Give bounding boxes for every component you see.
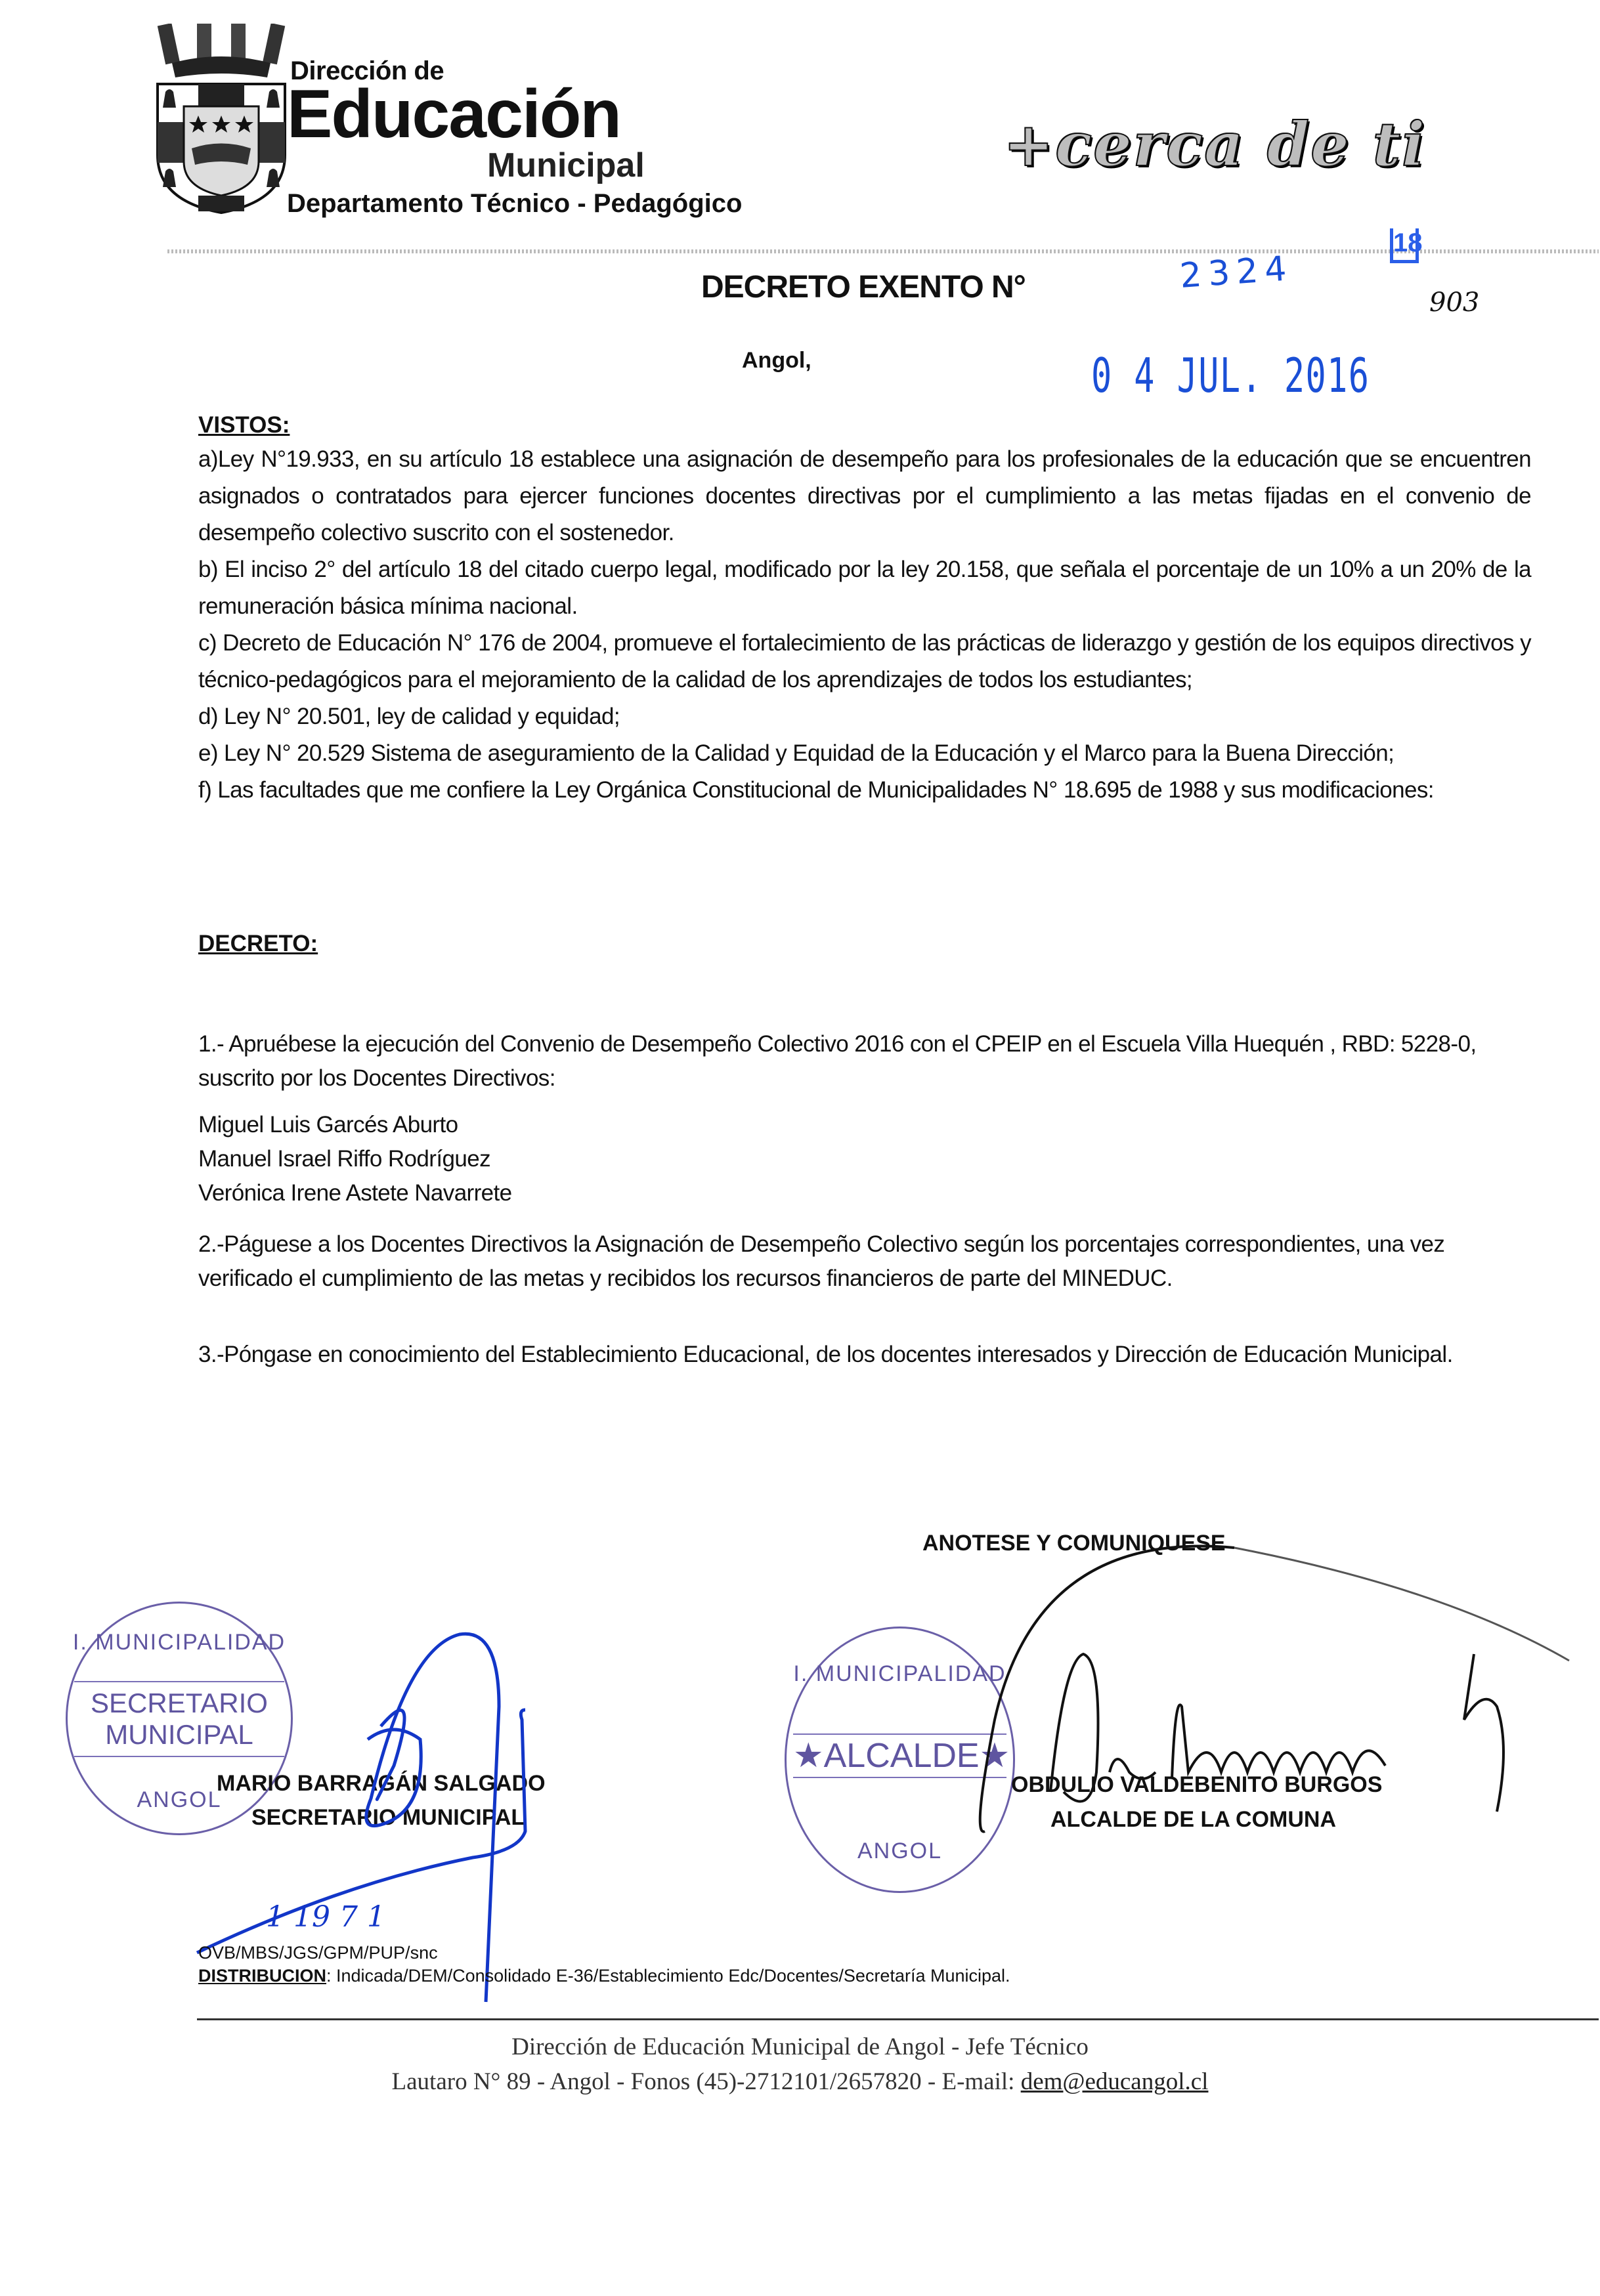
svg-text:1 19 7 1: 1 19 7 1 (266, 1900, 385, 1934)
seal-middle-text: SECRETARIO MUNICIPAL (74, 1681, 284, 1757)
visto-item: c) Decreto de Educación N° 176 de 2004, … (198, 625, 1531, 698)
closing-formula: ANOTESE Y COMUNIQUESE (922, 1531, 1226, 1556)
handwritten-reference: 903 (1429, 287, 1479, 318)
mayor-name: OBDULIO VALDEBENITO BURGOS (1011, 1772, 1382, 1798)
footer-address: Lautaro N° 89 - Angol - Fonos (45)-27121… (392, 2068, 1021, 2095)
decree-number-stamp: 2324 (1178, 249, 1294, 296)
article-1: 1.- Apruébese la ejecución del Convenio … (198, 1027, 1531, 1095)
header-divider (167, 249, 1599, 253)
secretary-seal: I. MUNICIPALIDAD SECRETARIO MUNICIPAL AN… (66, 1602, 293, 1835)
vistos-heading: VISTOS: (198, 412, 290, 438)
visto-item: d) Ley N° 20.501, ley de calidad y equid… (198, 698, 1531, 735)
place-label: Angol, (742, 348, 811, 373)
email-link[interactable]: dem@educangol.cl (1021, 2068, 1209, 2095)
distribution-label: DISTRIBUCION (198, 1966, 326, 1986)
visto-item: b) El inciso 2° del artículo 18 del cita… (198, 551, 1531, 625)
secretary-role: SECRETARIO MUNICIPAL (251, 1805, 525, 1831)
box-stamp: 18 (1390, 228, 1419, 263)
initials-line: OVB/MBS/JGS/GPM/PUP/snc (198, 1943, 438, 1963)
slogan: +cerca de ti (1003, 109, 1426, 180)
decree-title: DECRETO EXENTO N° (701, 269, 1026, 305)
footer-office: Dirección de Educación Municipal de Ango… (0, 2033, 1600, 2061)
seal-top-text: I. MUNICIPALIDAD (68, 1630, 291, 1655)
directivo-name: Manuel Israel Riffo Rodríguez (198, 1142, 512, 1176)
visto-item: a)Ley N°19.933, en su artículo 18 establ… (198, 441, 1531, 551)
header-line-educacion: Educación (287, 80, 620, 148)
article-2: 2.-Páguese a los Docentes Directivos la … (198, 1227, 1531, 1296)
visto-item: e) Ley N° 20.529 Sistema de aseguramient… (198, 735, 1531, 772)
directivos-list: Miguel Luis Garcés Aburto Manuel Israel … (198, 1108, 512, 1210)
date-stamp: 0 4 JUL. 2016 (1091, 348, 1370, 403)
article-3: 3.-Póngase en conocimiento del Estableci… (198, 1338, 1531, 1372)
decreto-heading: DECRETO: (198, 931, 318, 957)
directivo-name: Verónica Irene Astete Navarrete (198, 1176, 512, 1210)
coat-of-arms-icon (152, 24, 290, 214)
seal-middle-text: ★ALCALDE★ (793, 1733, 1006, 1778)
visto-item: f) Las facultades que me confiere la Ley… (198, 772, 1531, 809)
mayor-role: ALCALDE DE LA COMUNA (1050, 1807, 1336, 1833)
header-line-municipal: Municipal (487, 148, 645, 182)
directivo-name: Miguel Luis Garcés Aburto (198, 1108, 512, 1142)
mayor-seal: I. MUNICIPALIDAD ★ALCALDE★ ANGOL (785, 1626, 1015, 1893)
footer-divider (197, 2018, 1599, 2020)
header-department: Departamento Técnico - Pedagógico (287, 190, 742, 217)
distribution-line: DISTRIBUCION: Indicada/DEM/Consolidado E… (198, 1966, 1010, 1986)
seal-top-text: I. MUNICIPALIDAD (787, 1661, 1013, 1687)
vistos-list: a)Ley N°19.933, en su artículo 18 establ… (198, 441, 1531, 809)
secretary-name: MARIO BARRAGÁN SALGADO (217, 1771, 546, 1796)
seal-bottom-text: ANGOL (787, 1839, 1013, 1864)
distribution-list: : Indicada/DEM/Consolidado E-36/Establec… (326, 1966, 1010, 1986)
footer-contact: Lautaro N° 89 - Angol - Fonos (45)-27121… (0, 2068, 1600, 2096)
